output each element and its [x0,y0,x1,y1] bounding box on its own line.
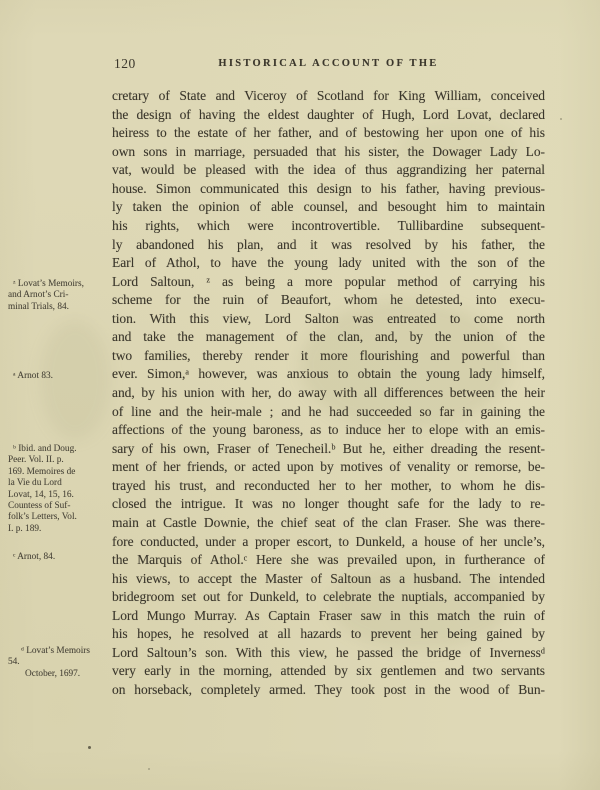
text-line: main at Castle Downie, the chief seat of… [112,514,545,533]
text-line: Earl of Athol, to have the young lady un… [112,254,545,273]
text-line: sary of his own, Fraser of Tenecheil.ᵇ B… [112,440,545,459]
ink-speck [560,118,562,120]
text-line: the Marquis of Athol.ᶜ Here she was prev… [112,551,545,570]
margin-note-c: ᶜ Arnot, 84. [8,552,105,563]
margin-note-d: ᵈ Lovat’s Memoirs 54. October, 1697. [8,646,105,680]
text-line: own sons in marriage, persuaded that his… [112,143,545,162]
margin-note-line: 54. [8,657,105,668]
margin-note-line: ᶻ Lovat’s Memoirs, [8,279,105,290]
text-line: ly abandoned his plan, and it was resolv… [112,236,545,255]
margin-note-b: ᵇ Ibid. and Doug. Peer. Vol. II. p. 169.… [8,444,105,535]
margin-note-line: Lovat, 14, 15, 16. [8,490,105,501]
text-line: and, by his union with her, do away with… [112,384,545,403]
margin-note-line: 169. Memoires de [8,467,105,478]
text-line: scheme for the ruin of Beaufort, whom he… [112,291,545,310]
text-line: his rights, which were incontrovertible.… [112,217,545,236]
ink-speck [88,746,91,749]
text-line: two families, thereby render it more flo… [112,347,545,366]
margin-note-line: I. p. 189. [8,524,105,535]
text-line: bridegroom set out for Dunkeld, to celeb… [112,588,545,607]
text-line: ever. Simon,ᵃ however, was anxious to ob… [112,365,545,384]
margin-note-line: Countess of Suf- [8,501,105,512]
text-line: cretary of State and Viceroy of Scotland… [112,87,545,106]
ink-speck [148,768,150,770]
margin-note-line: ᵇ Ibid. and Doug. [8,444,105,455]
text-line: on horseback, completely armed. They too… [112,681,545,700]
text-line: vat, would be pleased with the idea of t… [112,161,545,180]
book-page: 120 HISTORICAL ACCOUNT OF THE ᶻ Lovat’s … [0,0,600,790]
text-line: his hopes, he resolved at all hazards to… [112,625,545,644]
running-header: HISTORICAL ACCOUNT OF THE [112,58,545,69]
text-line: heiress to the estate of her father, and… [112,124,545,143]
margin-note-line: and Arnot’s Cri- [8,290,105,301]
margin-note-line: Peer. Vol. II. p. [8,455,105,466]
margin-note-line: la Vie du Lord [8,478,105,489]
text-line: house. Simon communicated this design to… [112,180,545,199]
text-line: trayed his trust, and reconducted her to… [112,477,545,496]
text-line: of line and the heir-male ; and he had s… [112,403,545,422]
text-line: and take the management of the clan, and… [112,328,545,347]
margin-note-line: ᵃ Arnot 83. [8,371,105,382]
margin-note-line: folk’s Letters, Vol. [8,512,105,523]
margin-note-z: ᶻ Lovat’s Memoirs, and Arnot’s Cri- mina… [8,279,105,313]
text-line: ly taken the opinion of able counsel, an… [112,198,545,217]
scanned-book-page: { "page": { "number": "120", "running_he… [0,0,600,790]
text-line: Lord Saltoun, ᶻ as being a more popular … [112,273,545,292]
text-line: very early in the morning, attended by s… [112,662,545,681]
margin-note-line: October, 1697. [8,669,105,680]
text-line: Lord Mungo Murray. As Captain Fraser saw… [112,607,545,626]
text-line: closed the intrigue. It was no longer th… [112,495,545,514]
text-line: fore conducted, under a proper escort, t… [112,533,545,552]
margin-note-line: ᶜ Arnot, 84. [8,552,105,563]
margin-note-a: ᵃ Arnot 83. [8,371,105,382]
text-line: his views, to accept the Master of Salto… [112,570,545,589]
text-line: affections of the young baroness, as to … [112,421,545,440]
text-line: the design of having the eldest daughter… [112,106,545,125]
text-line: Lord Saltoun’s son. With this view, he p… [112,644,545,663]
margin-note-line: ᵈ Lovat’s Memoirs [8,646,105,657]
margin-note-line: minal Trials, 84. [8,302,105,313]
text-line: tion. With this view, Lord Salton was en… [112,310,545,329]
text-line: ment of her friends, or acted upon by mo… [112,458,545,477]
body-text: cretary of State and Viceroy of Scotland… [112,87,545,700]
